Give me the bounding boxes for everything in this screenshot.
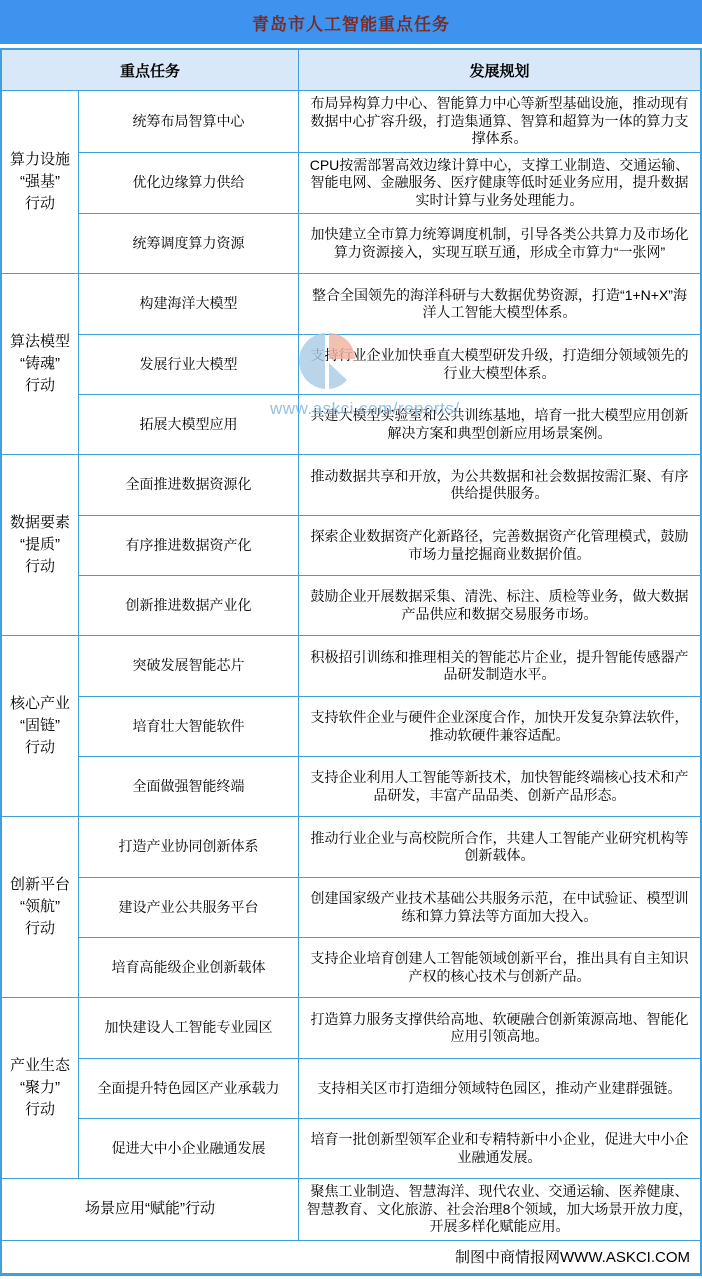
- column-header-task: 重点任务: [2, 50, 298, 90]
- task-cell: 打造产业协同创新体系: [78, 817, 298, 877]
- section-algorithm-models: 算法模型 “铸魂” 行动 构建海洋大模型 整合全国领先的海洋科研与大数据优势资源…: [2, 273, 700, 454]
- section-industry-ecosystem: 产业生态 “聚力” 行动 加快建设人工智能专业园区 打造算力服务支撑供给高地、软…: [2, 997, 700, 1178]
- footer-row: 制图中商情报网WWW.ASKCI.COM: [2, 1240, 700, 1273]
- category-cell: 核心产业 “固链” 行动: [2, 636, 78, 816]
- task-cell: 全面做强智能终端: [78, 756, 298, 816]
- plan-cell: 加快建立全市算力统筹调度机制，引导各类公共算力及市场化算力资源接入，实现互联互通…: [298, 213, 700, 273]
- task-cell: 建设产业公共服务平台: [78, 877, 298, 937]
- section-data-elements: 数据要素 “提质” 行动 全面推进数据资源化 推动数据共享和开放，为公共数据和社…: [2, 454, 700, 635]
- task-cell: 全面推进数据资源化: [78, 455, 298, 515]
- plan-cell: 支持企业利用人工智能等新技术，加快智能终端核心技术和产品研发，丰富产品品类、创新…: [298, 756, 700, 816]
- plan-cell: 培育一批创新型领军企业和专精特新中小企业，促进大中小企业融通发展。: [298, 1118, 700, 1178]
- plan-cell: 积极招引训练和推理相关的智能芯片企业，提升智能传感器产品研发制造水平。: [298, 636, 700, 696]
- category-cell: 算力设施 “强基” 行动: [2, 91, 78, 273]
- task-cell: 全面提升特色园区产业承载力: [78, 1058, 298, 1118]
- category-cell: 创新平台 “领航” 行动: [2, 817, 78, 997]
- task-cell: 有序推进数据资产化: [78, 515, 298, 575]
- source-credit: 制图中商情报网WWW.ASKCI.COM: [455, 1246, 690, 1267]
- plan-cell: 支持软件企业与硬件企业深度合作，加快开发复杂算法软件，推动软硬件兼容适配。: [298, 696, 700, 756]
- category-cell: 数据要素 “提质” 行动: [2, 455, 78, 635]
- task-cell: 优化边缘算力供给: [78, 152, 298, 214]
- column-header-plan: 发展规划: [298, 50, 700, 90]
- key-tasks-table: 重点任务 发展规划 算力设施 “强基” 行动 统筹布局智算中心 布局异构算力中心…: [0, 48, 702, 1276]
- task-cell: 拓展大模型应用: [78, 394, 298, 454]
- plan-cell: 支持相关区市打造细分领域特色园区，推动产业建群强链。: [298, 1058, 700, 1118]
- task-cell: 加快建设人工智能专业园区: [78, 998, 298, 1058]
- plan-cell: 推动数据共享和开放，为公共数据和社会数据按需汇聚、有序供给提供服务。: [298, 455, 700, 515]
- table-header-row: 重点任务 发展规划: [2, 50, 700, 90]
- page-title: 青岛市人工智能重点任务: [252, 10, 450, 35]
- task-cell: 培育高能级企业创新载体: [78, 937, 298, 997]
- section-innovation-platform: 创新平台 “领航” 行动 打造产业协同创新体系 推动行业企业与高校院所合作，共建…: [2, 816, 700, 997]
- infographic-page: 青岛市人工智能重点任务 重点任务 发展规划 算力设施 “强基” 行动 统筹布局智…: [0, 0, 702, 1279]
- task-cell: 统筹调度算力资源: [78, 213, 298, 273]
- task-cell: 统筹布局智算中心: [78, 91, 298, 152]
- task-cell: 构建海洋大模型: [78, 274, 298, 334]
- plan-cell: 布局异构算力中心、智能算力中心等新型基础设施，推动现有数据中心扩容升级，打造集通…: [298, 91, 700, 152]
- title-bar: 青岛市人工智能重点任务: [0, 0, 702, 44]
- plan-cell: 聚焦工业制造、智慧海洋、现代农业、交通运输、医养健康、智慧教育、文化旅游、社会治…: [298, 1179, 700, 1240]
- section-core-industry: 核心产业 “固链” 行动 突破发展智能芯片 积极招引训练和推理相关的智能芯片企业…: [2, 635, 700, 816]
- plan-cell: 打造算力服务支撑供给高地、软硬融合创新策源高地、智能化应用引领高地。: [298, 998, 700, 1058]
- plan-cell: 创建国家级产业技术基础公共服务示范，在中试验证、模型训练和算力算法等方面加大投入…: [298, 877, 700, 937]
- plan-cell: 共建大模型实验室和公共训练基地，培育一批大模型应用创新解决方案和典型创新应用场景…: [298, 394, 700, 454]
- category-cell: 算法模型 “铸魂” 行动: [2, 274, 78, 454]
- category-cell: 产业生态 “聚力” 行动: [2, 998, 78, 1178]
- task-cell: 发展行业大模型: [78, 334, 298, 394]
- plan-cell: CPU按需部署高效边缘计算中心，支撑工业制造、交通运输、智能电网、金融服务、医疗…: [298, 152, 700, 214]
- plan-cell: 整合全国领先的海洋科研与大数据优势资源，打造“1+N+X”海洋人工智能大模型体系…: [298, 274, 700, 334]
- task-cell: 突破发展智能芯片: [78, 636, 298, 696]
- task-cell: 场景应用“赋能”行动: [2, 1179, 298, 1240]
- task-cell: 创新推进数据产业化: [78, 575, 298, 635]
- section-scenario-application: 场景应用“赋能”行动 聚焦工业制造、智慧海洋、现代农业、交通运输、医养健康、智慧…: [2, 1178, 700, 1240]
- plan-cell: 探索企业数据资产化新路径，完善数据资产化管理模式，鼓励市场力量挖掘商业数据价值。: [298, 515, 700, 575]
- task-cell: 培育壮大智能软件: [78, 696, 298, 756]
- section-computing-infrastructure: 算力设施 “强基” 行动 统筹布局智算中心 布局异构算力中心、智能算力中心等新型…: [2, 90, 700, 273]
- plan-cell: 支持企业培育创建人工智能领域创新平台，推出具有自主知识产权的核心技术与创新产品。: [298, 937, 700, 997]
- plan-cell: 鼓励企业开展数据采集、清洗、标注、质检等业务，做大数据产品供应和数据交易服务市场…: [298, 575, 700, 635]
- plan-cell: 支持行业企业加快垂直大模型研发升级，打造细分领域领先的行业大模型体系。: [298, 334, 700, 394]
- plan-cell: 推动行业企业与高校院所合作，共建人工智能产业研究机构等创新载体。: [298, 817, 700, 877]
- task-cell: 促进大中小企业融通发展: [78, 1118, 298, 1178]
